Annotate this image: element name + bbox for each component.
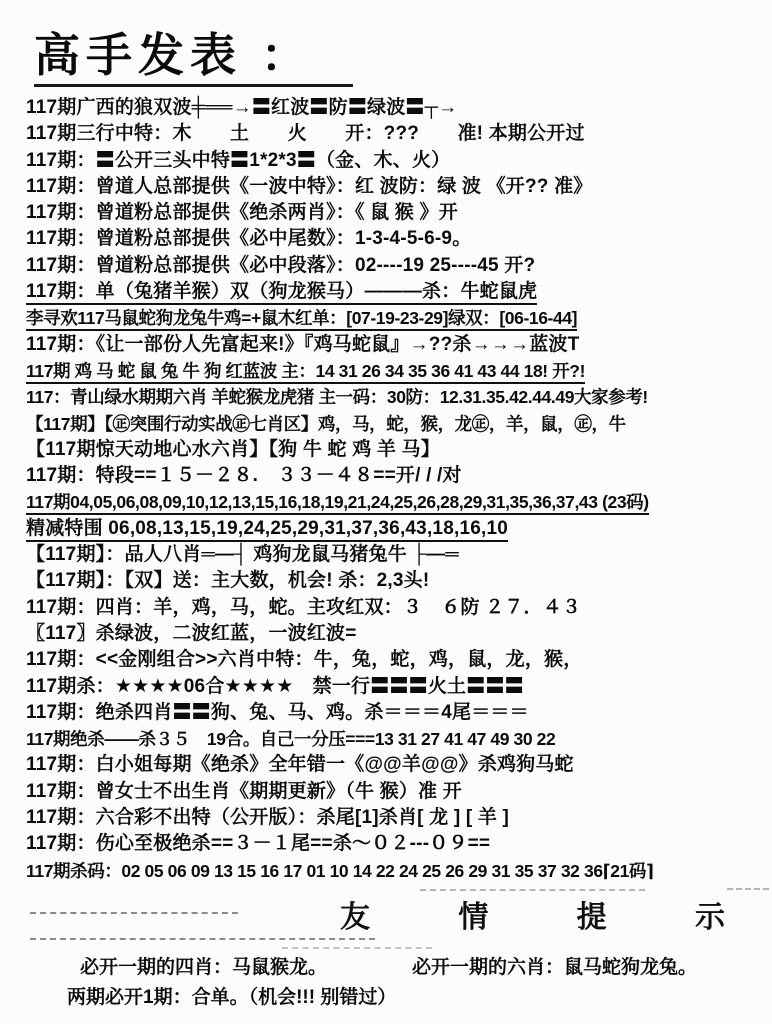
prediction-row-text: 117期：曾道粉总部提供《必中段落》：02----19 25----45 开? (26, 255, 535, 276)
prediction-row: 【117期】【㊣突围行动实战㊣七肖区】鸡，马，蛇，猴，龙㊣，羊，鼠，㊣，牛 (26, 411, 766, 437)
notice-char: 提 (577, 892, 607, 936)
prediction-row-text: 117期：六合彩不出特（公开版）：杀尾[1]杀肖[ 龙 ] [ 羊 ] (26, 807, 509, 828)
prediction-row: 117期：六合彩不出特（公开版）：杀尾[1]杀肖[ 龙 ] [ 羊 ] (26, 805, 766, 831)
prediction-row-text: 〖117〗杀绿波，二波红蓝，一波红波= (26, 623, 357, 644)
prediction-row-text: 117期杀码：02 05 06 09 13 15 16 17 01 10 14 … (26, 861, 654, 881)
notice-char: 情 (458, 892, 488, 936)
dashed-divider (30, 938, 375, 940)
prediction-row: 117期杀码：02 05 06 09 13 15 16 17 01 10 14 … (26, 858, 766, 884)
notice-char: 示 (695, 892, 725, 936)
dashed-divider (30, 912, 238, 914)
prediction-row-text: 117期：〓公开三头中特〓1*2*3〓（金、木、火） (26, 150, 450, 171)
prediction-row-text: 【117期】【㊣突围行动实战㊣七肖区】鸡，马，蛇，猴，龙㊣，羊，鼠，㊣，牛 (26, 414, 626, 434)
prediction-row: 117期：曾道人总部提供《一波中特》：红 波防：绿 波 《开?? 准》 (26, 174, 766, 200)
prediction-row: 李寻欢117马鼠蛇狗龙兔牛鸡=+鼠木红单：[07-19-23-29]绿双：[06… (26, 305, 766, 331)
prediction-row: 117：青山绿水期期六肖 羊蛇猴龙虎猪 主一码：30防：12.31.35.42.… (26, 384, 766, 410)
prediction-row-text: 117期：曾道人总部提供《一波中特》：红 波防：绿 波 《开?? 准》 (26, 176, 592, 197)
footer-six-zodiac: 必开一期的六肖：鼠马蛇狗龙兔。 (412, 952, 697, 979)
prediction-row-text: 117期：单（兔猪羊猴）双（狗龙猴马）———杀：牛蛇鼠虎 (26, 281, 537, 305)
prediction-row-text: 117期：特段==１５－２８. ３３－４８==开/ / /对 (26, 465, 462, 486)
prediction-row: 117期：《让一部份人先富起来!》『鸡马蛇鼠』→??杀→→→蓝波T (26, 332, 766, 358)
prediction-row: 117期：曾道粉总部提供《绝杀两肖》：《 鼠 猴 》开 (26, 200, 766, 226)
prediction-row-text: 117期：四肖：羊，鸡，马，蛇。主攻红双：３ ６防 ２７．４３ (26, 597, 581, 618)
prediction-row-text: 117期：曾道粉总部提供《绝杀两肖》：《 鼠 猴 》开 (26, 202, 458, 223)
scan-artifact-dashes (420, 889, 645, 891)
prediction-row: 【117期惊天动地心水六肖】【狗 牛 蛇 鸡 羊 马】 (26, 437, 766, 463)
prediction-row: 117期：〓公开三头中特〓1*2*3〓（金、木、火） (26, 148, 766, 174)
prediction-row: 117期：曾女士不出生肖《期期更新》（牛 猴）准 开 (26, 779, 766, 805)
prediction-row-text: 117期：绝杀四肖〓〓狗、兔、马、鸡。杀＝＝＝4尾＝＝＝ (26, 702, 529, 723)
prediction-row: 117期杀：★★★★06合★★★★ 禁一行〓〓〓火土〓〓〓 (26, 674, 766, 700)
prediction-row-text: 117期三行中特：木 土 火 开：??? 准! 本期公开过 (26, 123, 585, 144)
prediction-row-text: 117期：曾道粉总部提供《必中尾数》：1-3-4-5-6-9。 (26, 228, 471, 249)
prediction-row-text: 117期：伤心至极绝杀==３－１尾==杀～０２---０９== (26, 833, 490, 854)
prediction-row-text: 117期：曾女士不出生肖《期期更新》（牛 猴）准 开 (26, 781, 462, 802)
prediction-row: 117期：白小姐每期《绝杀》全年错一《@@羊@@》杀鸡狗马蛇 (26, 752, 766, 778)
prediction-row-text: 117期绝杀——杀３５ 19合。自己一分压===13 31 27 41 47 4… (26, 729, 555, 749)
prediction-row-text: 精减特围 06,08,13,15,19,24,25,29,31,37,36,43… (26, 518, 508, 542)
prediction-row-text: 117期：白小姐每期《绝杀》全年错一《@@羊@@》杀鸡狗马蛇 (26, 754, 574, 775)
prediction-row: 117期 鸡 马 蛇 鼠 兔 牛 狗 红蓝波 主：14 31 26 34 35 … (26, 358, 766, 384)
footer-row-2: 两期必开1期：合单。（机会!!! 别错过） (67, 982, 396, 1009)
prediction-row: 〖117〗杀绿波，二波红蓝，一波红波= (26, 621, 766, 647)
prediction-row-text: 【117期】：品人八肖═—┤ 鸡狗龙鼠马猪兔牛 ├—═ (26, 544, 459, 565)
prediction-row: 117期：伤心至极绝杀==３－１尾==杀～０２---０９== (26, 831, 766, 857)
prediction-row-text: 117期：《让一部份人先富起来!》『鸡马蛇鼠』→??杀→→→蓝波T (26, 334, 579, 355)
prediction-row: 117期：特段==１５－２８. ３３－４８==开/ / /对 (26, 463, 766, 489)
prediction-row: 【117期】：品人八肖═—┤ 鸡狗龙鼠马猪兔牛 ├—═ (26, 542, 766, 568)
prediction-row-text: 117：青山绿水期期六肖 羊蛇猴龙虎猪 主一码：30防：12.31.35.42.… (26, 387, 648, 407)
prediction-row: 117期绝杀——杀３５ 19合。自己一分压===13 31 27 41 47 4… (26, 726, 766, 752)
prediction-row: 117期04,05,06,08,09,10,12,13,15,16,18,19,… (26, 489, 766, 515)
prediction-row-text: 【117期】：【双】送：主大数，机会! 杀：2,3头! (26, 570, 429, 591)
prediction-row: 117期广西的狼双波╪══→〓红波〓防〓绿波〓┬→ (26, 95, 766, 121)
prediction-row-text: 117期：<<金刚组合>>六肖中特：牛，兔，蛇，鸡，鼠，龙，猴， (26, 649, 582, 670)
prediction-row: 117期：单（兔猪羊猴）双（狗龙猴马）———杀：牛蛇鼠虎 (26, 279, 766, 305)
notice-char: 友 (340, 892, 370, 936)
rows-list: 117期广西的狼双波╪══→〓红波〓防〓绿波〓┬→117期三行中特：木 土 火 … (26, 95, 766, 884)
prediction-row: 117期：四肖：羊，鸡，马，蛇。主攻红双：３ ６防 ２７．４３ (26, 595, 766, 621)
prediction-row-text: 117期杀：★★★★06合★★★★ 禁一行〓〓〓火土〓〓〓 (26, 676, 524, 697)
prediction-row: 117期：曾道粉总部提供《必中尾数》：1-3-4-5-6-9。 (26, 226, 766, 252)
prediction-row-text: 117期04,05,06,08,09,10,12,13,15,16,18,19,… (26, 492, 649, 515)
friendly-notice-heading: 友情提示 (340, 892, 725, 936)
prediction-row-text: 117期广西的狼双波╪══→〓红波〓防〓绿波〓┬→ (26, 97, 458, 118)
prediction-row: 117期：<<金刚组合>>六肖中特：牛，兔，蛇，鸡，鼠，龙，猴， (26, 647, 766, 673)
scan-artifact-dashes (282, 947, 432, 949)
page-title: 高手发表 ： (34, 32, 353, 87)
tip-sheet-page: 高手发表 ： 117期广西的狼双波╪══→〓红波〓防〓绿波〓┬→117期三行中特… (0, 0, 772, 1024)
prediction-row: 117期：绝杀四肖〓〓狗、兔、马、鸡。杀＝＝＝4尾＝＝＝ (26, 700, 766, 726)
prediction-row-text: 【117期惊天动地心水六肖】【狗 牛 蛇 鸡 羊 马】 (26, 439, 440, 460)
prediction-row-text: 117期 鸡 马 蛇 鼠 兔 牛 狗 红蓝波 主：14 31 26 34 35 … (26, 361, 585, 384)
prediction-row: 117期：曾道粉总部提供《必中段落》：02----19 25----45 开? (26, 253, 766, 279)
prediction-row-text: 李寻欢117马鼠蛇狗龙兔牛鸡=+鼠木红单：[07-19-23-29]绿双：[06… (26, 308, 577, 331)
prediction-row: 【117期】：【双】送：主大数，机会! 杀：2,3头! (26, 568, 766, 594)
prediction-row: 精减特围 06,08,13,15,19,24,25,29,31,37,36,43… (26, 516, 766, 542)
footer-four-zodiac: 必开一期的四肖：马鼠猴龙。 (80, 952, 327, 979)
prediction-row: 117期三行中特：木 土 火 开：??? 准! 本期公开过 (26, 121, 766, 147)
scan-artifact-dashes (727, 888, 769, 890)
